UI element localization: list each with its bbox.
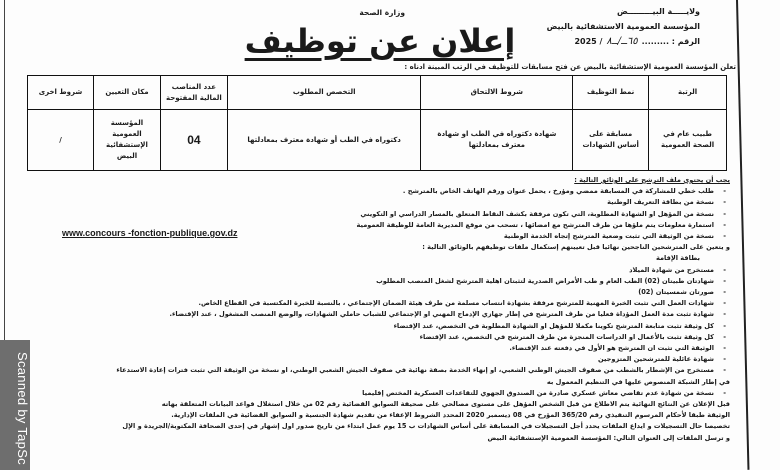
header-specialty: التخصص المطلوب: [227, 76, 421, 110]
header-positions-count: عدد المناصب المالية المفتوحة: [160, 76, 227, 110]
table-row: طبيب عام في الصحة العمومية مسابقة على أس…: [28, 110, 727, 171]
table-header-row: الرتبة نمط التوظيف شروط الالتحاق التخصص …: [28, 76, 727, 110]
header-conditions: شروط الالتحاق: [421, 76, 573, 110]
wilaya-label: ولايـــــة البيـــــــــض: [440, 4, 700, 19]
final-docs-heading: و يتعين على المترشحين الناجحين نهائيا قب…: [40, 242, 730, 253]
final-doc-item: شهادتان طبيتان (02) الطب العام و طب الأم…: [40, 276, 730, 287]
final-doc-item: شهادة عائلية للمترشحين المتزوجين: [40, 354, 730, 365]
final-doc-item: مستخرج من الإشطار بالشطب من صفوف الجيش ا…: [40, 365, 730, 376]
cell-conditions: شهادة دكتوراه في الطب او شهادة معترف بمع…: [421, 110, 573, 171]
closing-paragraph: و ترسل الملفات إلى العنوان التالي: المؤس…: [40, 433, 730, 444]
ministry-label: وزارة الصحة: [345, 8, 405, 17]
positions-table: الرتبة نمط التوظيف شروط الالتحاق التخصص …: [27, 75, 727, 171]
final-doc-item: نسخة من شهادة عدم تقاضي معاش عسكري صادرة…: [40, 388, 730, 399]
doc-item: نسخة من بطاقة التعريف الوطنية: [40, 197, 730, 208]
scanner-watermark: Scanned by TapSc: [0, 340, 30, 470]
page-edge-right: [736, 0, 749, 470]
scanned-document: Scanned by TapSc ولايـــــة البيــــــــ…: [0, 0, 780, 470]
doc-item: طلب خطي للمشاركة في المسابقة ممضي ومؤرخ …: [40, 186, 730, 197]
final-doc-item: شهادة تثبت مدة العمل المؤداة فعليا من طر…: [40, 309, 730, 320]
header-other-conditions: شروط اخرى: [28, 76, 94, 110]
final-doc-item: شهادات العمل التي تثبت الخبرة المهنية لل…: [40, 298, 730, 309]
cell-other-conditions: /: [28, 110, 94, 171]
cell-positions-count: 04: [160, 110, 227, 171]
closing-paragraph: قبل الإعلان عن النتائج النهائية يتم الاط…: [40, 399, 730, 410]
final-doc-item: كل وثيقة تثبت متابعة المترشح تكوينا مكمل…: [40, 321, 730, 332]
document-body: يجب أن يحتوي ملف الترشح على الوثائق التا…: [40, 175, 730, 444]
reference-label: الرقم : .........: [642, 34, 700, 49]
page-title: إعلان عن توظيف: [200, 22, 560, 60]
final-doc-item: في إطار الشبكة المنصوص عليها في التنظيم …: [40, 377, 730, 388]
closing-paragraph: تخصيصا حال التسجيلات و ايداع الملفات يحد…: [40, 421, 730, 432]
header-recruitment-mode: نمط التوظيف: [573, 76, 649, 110]
cell-place: المؤسسة العمومية الإستشفائية البيض: [93, 110, 160, 171]
doc-item: نسخة من المؤهل او الشهادة المطلوبة، التي…: [40, 209, 730, 220]
header-rank: الرتبة: [649, 76, 727, 110]
final-doc-item: بطاقة الإقامة: [40, 253, 730, 264]
final-doc-item: كل وثيقة تثبت بالأعمال او الدراسات المنج…: [40, 332, 730, 343]
cell-rank: طبيب عام في الصحة العمومية: [649, 110, 727, 171]
intro-text: تعلن المؤسسة العمومية الإستشفائية بالبيض…: [76, 63, 736, 71]
cell-recruitment-mode: مسابقة على أساس الشهادات: [573, 110, 649, 171]
final-doc-item: مستخرج من شهادة الميلاد: [40, 265, 730, 276]
page-edge-left: [4, 0, 5, 340]
reference-year: / 2025: [574, 34, 602, 49]
recruitment-portal-link[interactable]: www.concours -fonction-publique.gov.dz: [62, 228, 238, 238]
cell-specialty: دكتوراه في الطب أو شهادة معترف بمعادلتها: [227, 110, 421, 171]
header-place: مكان التعيين: [93, 76, 160, 110]
final-doc-item: الوثيقة التي تثبت ان المترشح هو الأول في…: [40, 343, 730, 354]
final-doc-item: صورتان شمسيتان (02): [40, 287, 730, 298]
docs-heading: يجب أن يحتوي ملف الترشح على الوثائق التا…: [40, 175, 730, 186]
closing-paragraph: الوثيقة طبقا لأحكام المرسوم التنفيذي رقم…: [40, 410, 730, 421]
reference-handwritten: ٦٥ــ/ــ٨: [606, 34, 637, 49]
